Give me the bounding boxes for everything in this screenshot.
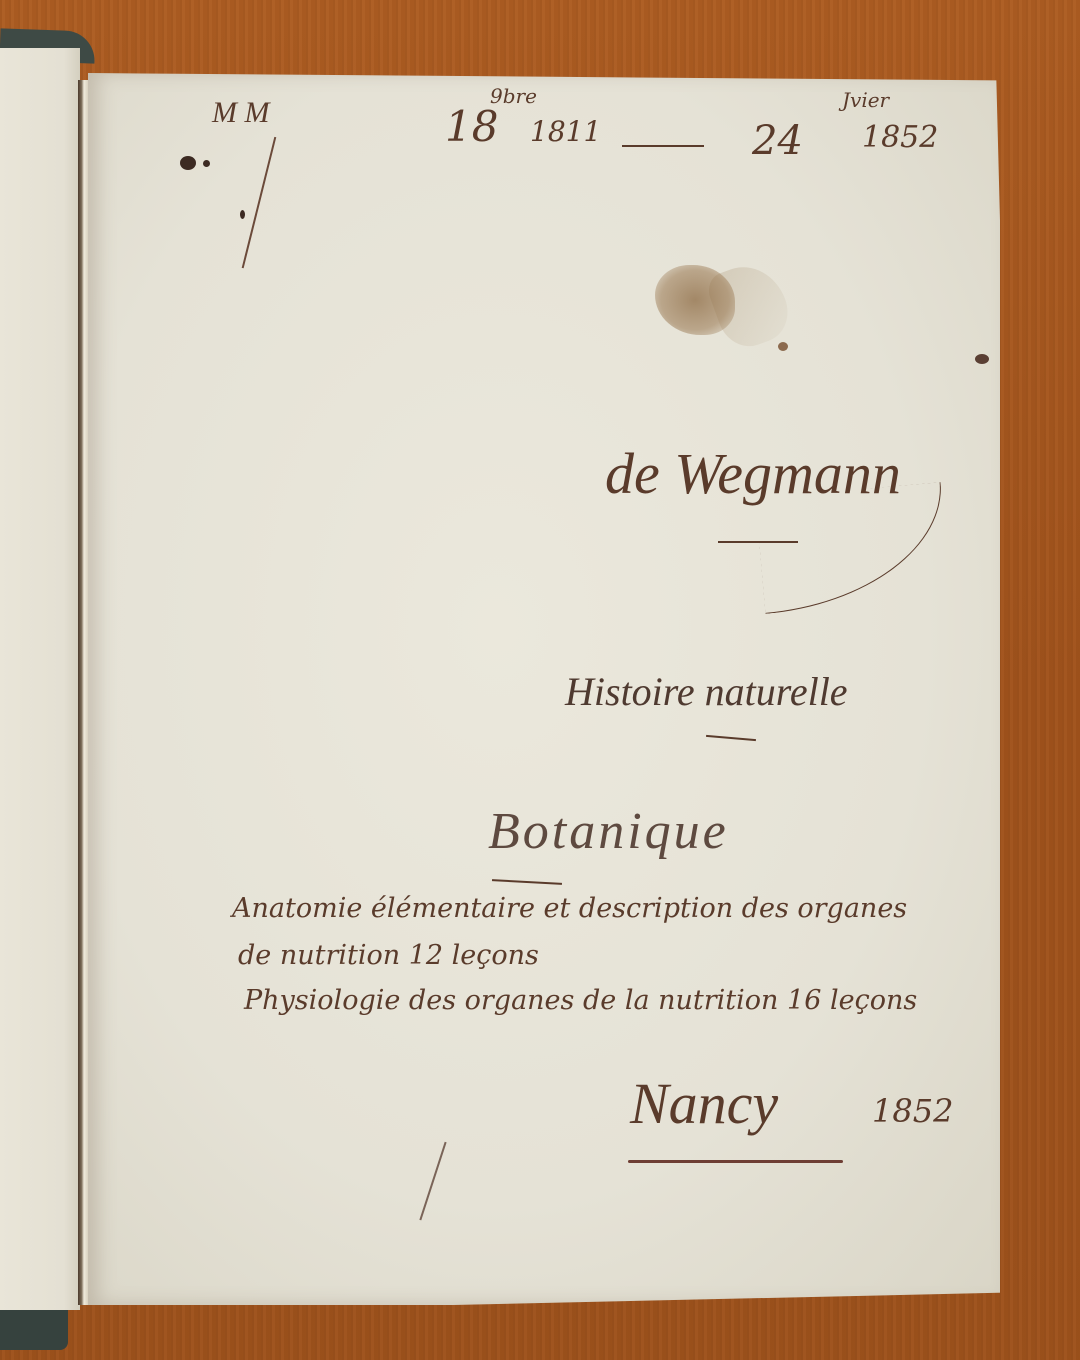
start-month: 9bre xyxy=(490,84,537,108)
subject-heading: Histoire naturelle xyxy=(565,668,848,715)
end-day: 24 xyxy=(752,118,803,164)
ink-blot xyxy=(203,160,210,167)
place-year: 1852 xyxy=(872,1092,953,1130)
section-title: Botanique xyxy=(488,802,729,861)
left-page xyxy=(0,48,80,1310)
ink-blot xyxy=(975,354,989,364)
stain-dot xyxy=(778,342,788,351)
start-year: 1811 xyxy=(530,115,601,148)
ink-blot xyxy=(240,210,245,219)
contents-line: de nutrition 12 leçons xyxy=(238,940,539,971)
end-month: Jvier xyxy=(842,88,889,112)
contents-line: Physiologie des organes de la nutrition … xyxy=(244,985,917,1016)
start-day: 18 xyxy=(445,102,498,151)
end-year: 1852 xyxy=(862,120,938,155)
contents-line: Anatomie élémentaire et description des … xyxy=(232,893,907,924)
place-underline xyxy=(628,1160,843,1163)
title-page xyxy=(88,73,1000,1305)
initials: M M xyxy=(212,96,269,130)
place-signature: Nancy xyxy=(630,1070,778,1137)
date-dash xyxy=(622,145,704,147)
ink-blot xyxy=(180,156,196,170)
book-spine xyxy=(78,80,88,1305)
